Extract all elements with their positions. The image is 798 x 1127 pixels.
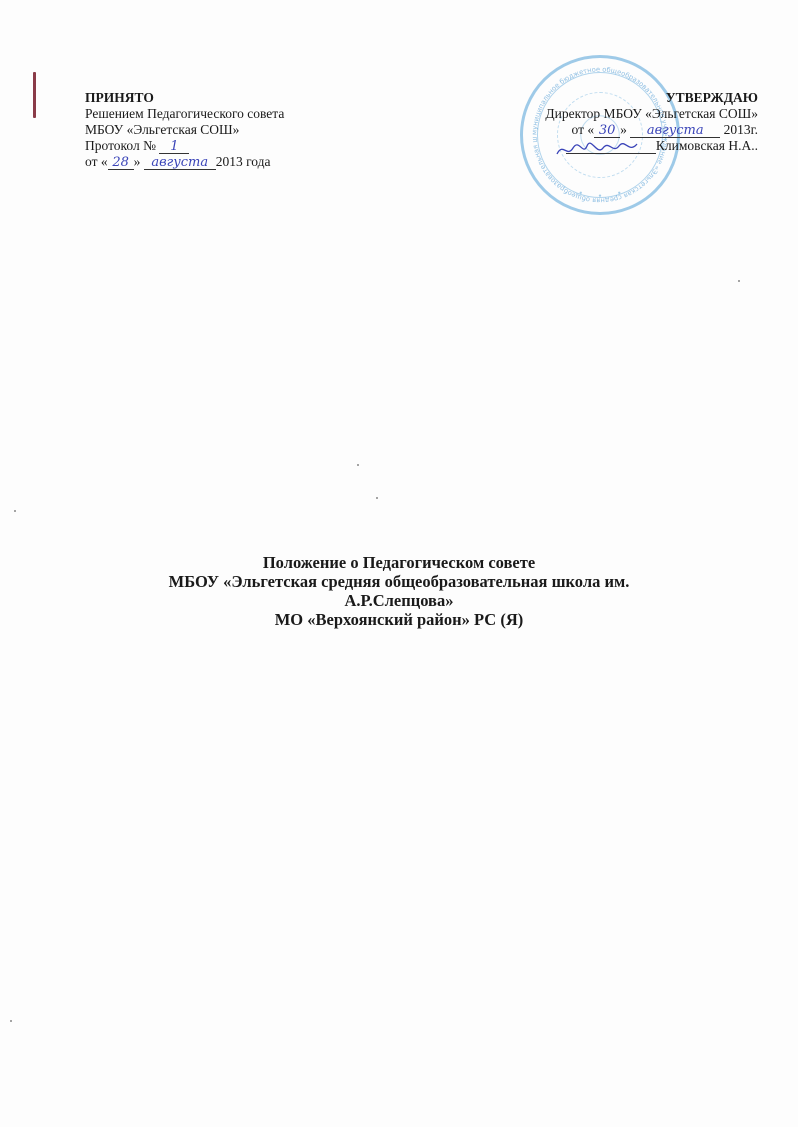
confirm-date-line: от «30» августа 2013г.	[545, 122, 758, 138]
date-suffix: 2013г.	[724, 122, 758, 137]
title-line3: А.Р.Слепцова»	[0, 591, 798, 610]
date-month: августа	[144, 156, 216, 170]
scan-speck	[357, 464, 359, 466]
date-prefix: от «	[572, 122, 595, 137]
confirm-heading: УТВЕРЖДАЮ	[545, 90, 758, 106]
date-suffix: 2013 года	[216, 154, 271, 169]
scan-speck	[376, 497, 378, 499]
scan-speck	[10, 1020, 12, 1022]
scanned-document-page: ПРИНЯТО Решением Педагогического совета …	[0, 0, 798, 1127]
date-day: 28	[108, 156, 134, 170]
confirm-line1: Директор МБОУ «Эльгетская СОШ»	[545, 106, 758, 122]
protocol-number: 1	[159, 140, 189, 154]
scan-speck	[14, 510, 16, 512]
date-month: августа	[630, 124, 720, 138]
title-line4: МО «Верхоянский район» РС (Я)	[0, 610, 798, 629]
approved-heading: ПРИНЯТО	[85, 90, 284, 106]
protocol-line: Протокол № 1	[85, 138, 284, 154]
date-mid: »	[134, 154, 141, 169]
handwritten-signature	[555, 140, 645, 160]
approved-date-line: от «28» августа2013 года	[85, 154, 284, 170]
approved-line2: МБОУ «Эльгетская СОШ»	[85, 122, 284, 138]
document-title: Положение о Педагогическом совете МБОУ «…	[0, 553, 798, 629]
approved-line1: Решением Педагогического совета	[85, 106, 284, 122]
date-day: 30	[594, 124, 620, 138]
signatory-name: Климовская Н.А..	[656, 138, 758, 153]
date-mid: »	[620, 122, 627, 137]
title-line2: МБОУ «Эльгетская средняя общеобразовател…	[0, 572, 798, 591]
protocol-label: Протокол №	[85, 138, 156, 153]
approved-block: ПРИНЯТО Решением Педагогического совета …	[85, 90, 284, 170]
title-line1: Положение о Педагогическом совете	[0, 553, 798, 572]
scan-speck	[738, 280, 740, 282]
date-prefix: от «	[85, 154, 108, 169]
margin-pen-mark	[33, 72, 36, 118]
